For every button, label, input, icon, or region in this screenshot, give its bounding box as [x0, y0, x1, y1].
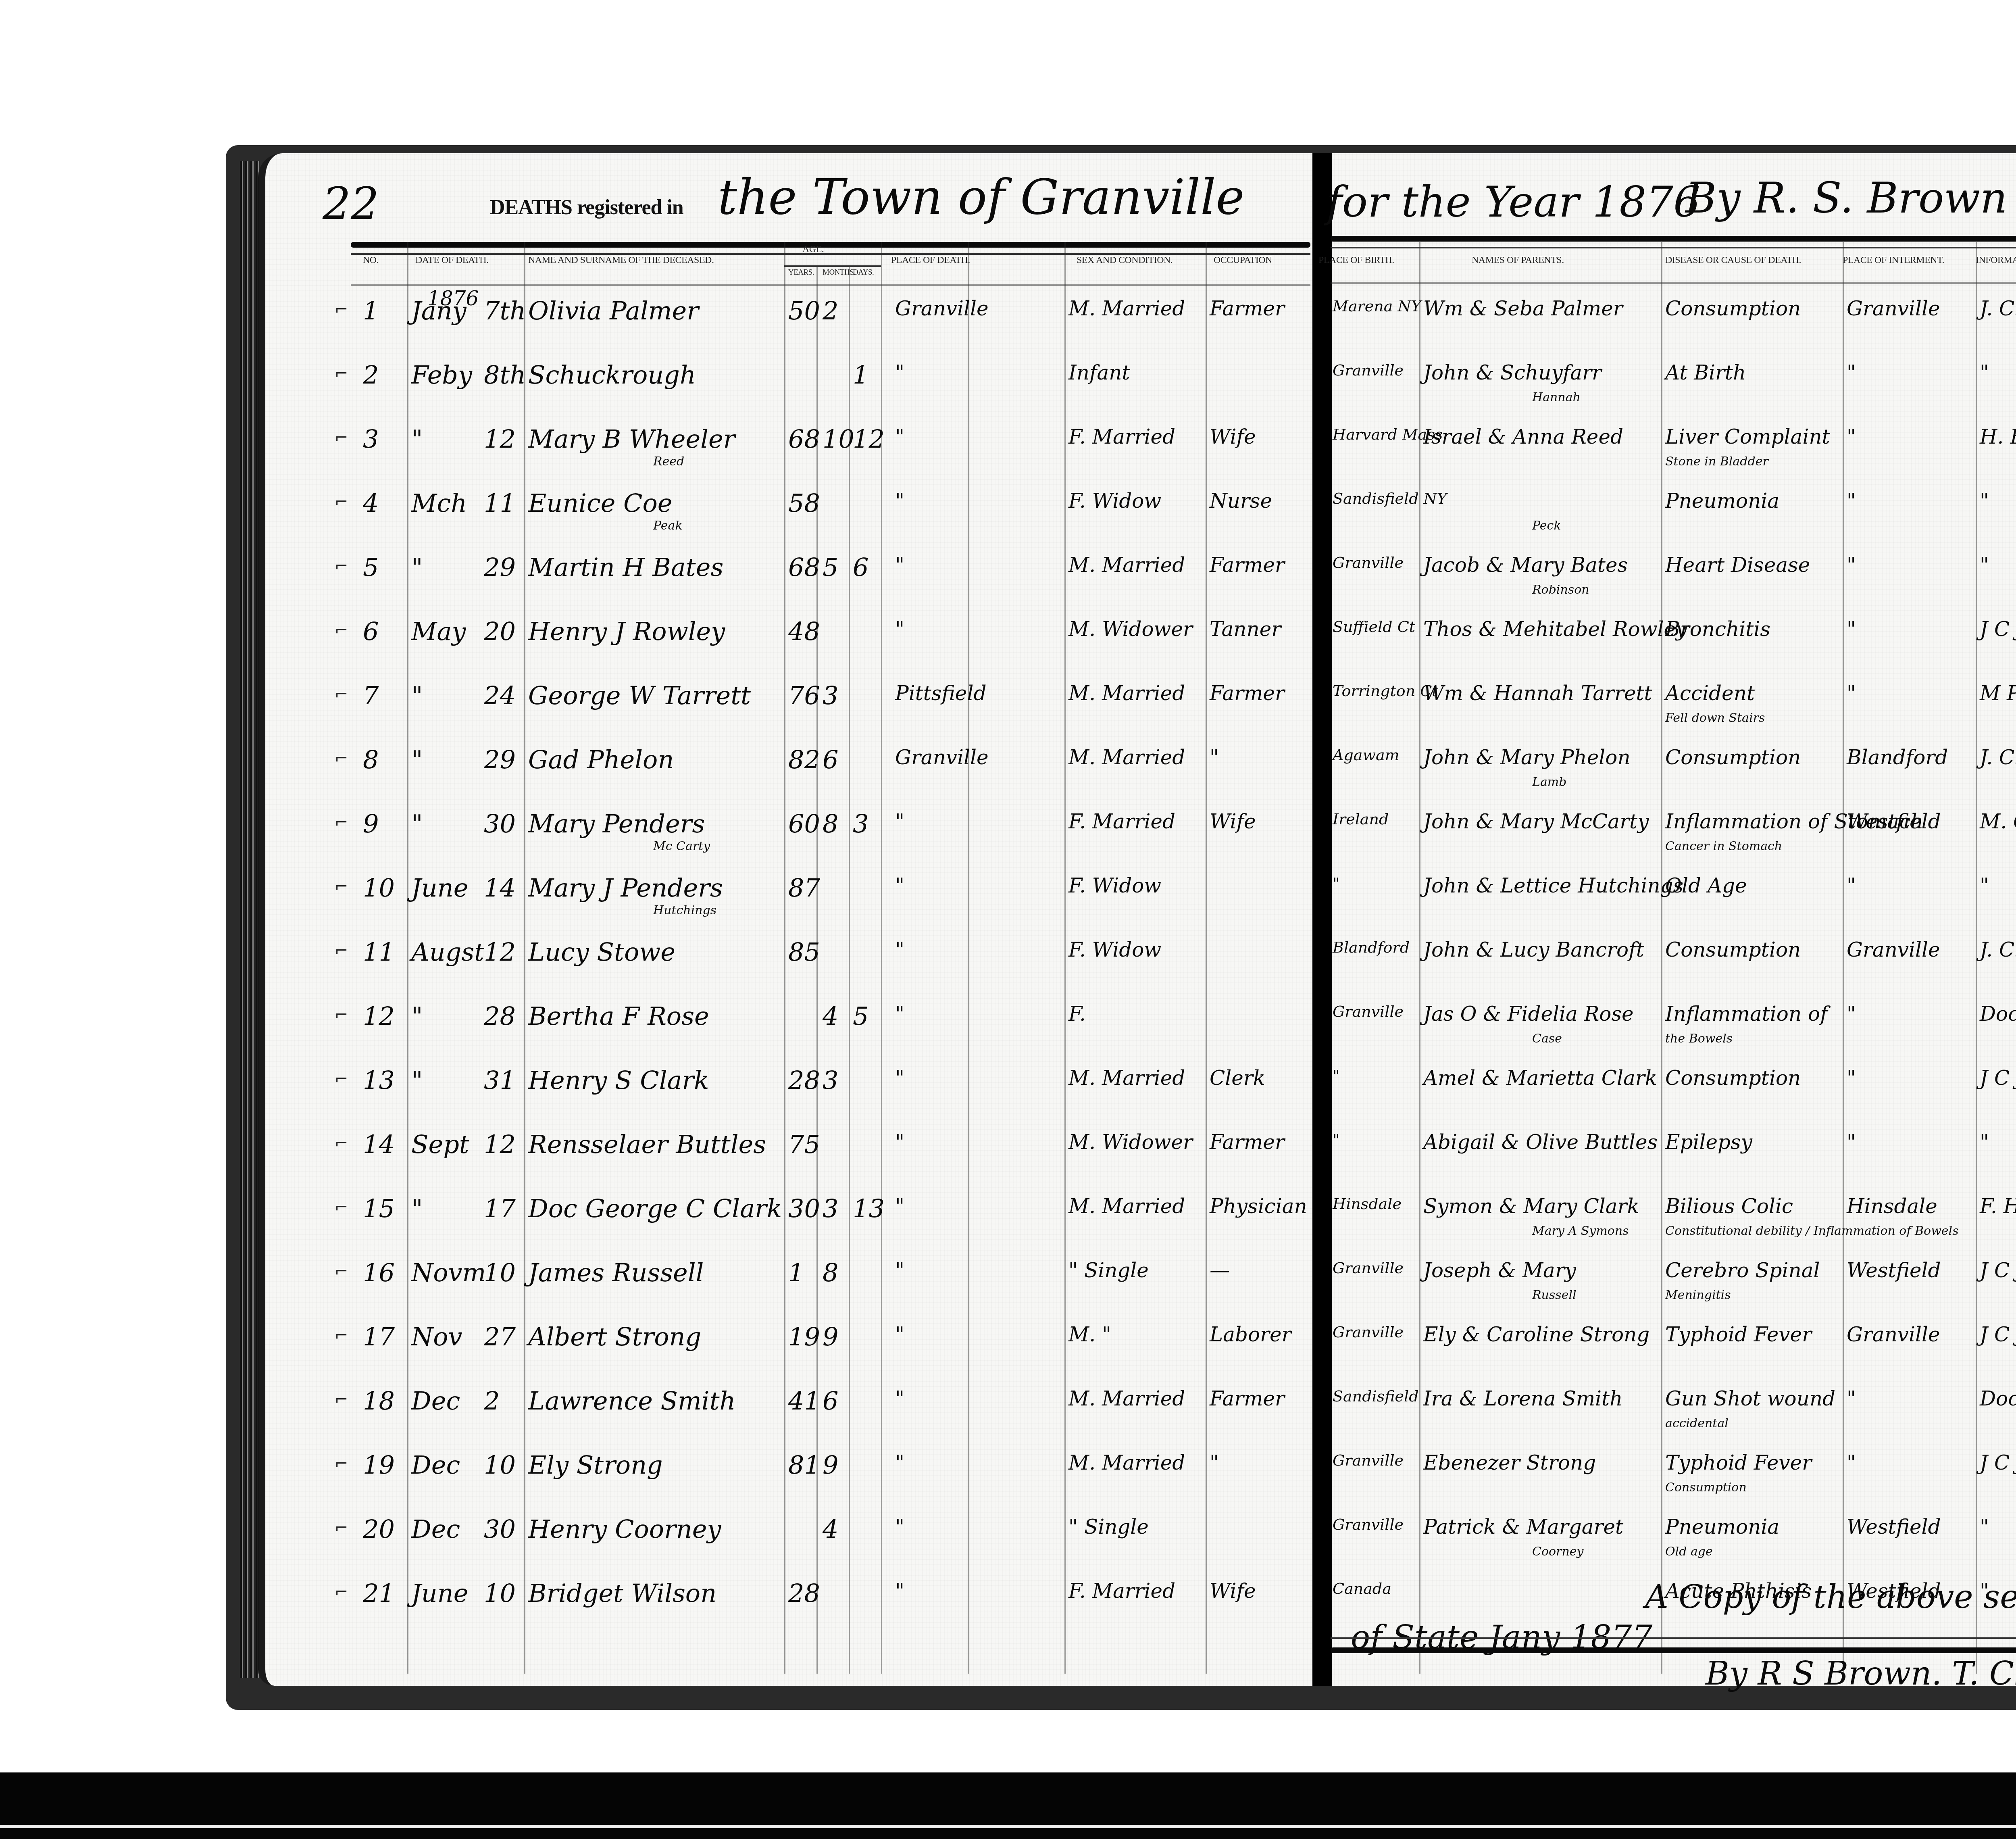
record-day: 31: [484, 1068, 516, 1093]
checkmark-icon: ⌐: [335, 622, 348, 638]
record-place-death: Pittsfield: [895, 683, 986, 703]
record-place-death: ": [895, 1517, 904, 1537]
record-month: Jany: [411, 298, 467, 323]
record-day: 17: [484, 1196, 516, 1221]
record-sex-condition: M. Married: [1068, 1453, 1185, 1473]
record-number: 13: [363, 1068, 395, 1093]
record-place-birth: Granville: [1333, 363, 1404, 378]
checkmark-icon: ⌐: [335, 879, 348, 895]
record-place-birth: ": [1333, 876, 1339, 891]
record-age-years: 28: [788, 1581, 820, 1606]
record-month: Novm: [411, 1260, 486, 1285]
record-sex-condition: F. Married: [1068, 1581, 1175, 1601]
record-day: 10: [484, 1260, 516, 1285]
record-place-birth: Granville: [1333, 1453, 1404, 1468]
record-day: 8th: [484, 363, 526, 388]
record-interment: Hinsdale: [1847, 1196, 1937, 1216]
checkmark-icon: ⌐: [335, 1456, 348, 1472]
record-name: Schuckrough: [528, 363, 696, 388]
record-number: 2: [363, 363, 379, 388]
record-cause-note: Old age: [1665, 1546, 1713, 1558]
record-month: Nov: [411, 1324, 462, 1349]
record-number: 16: [363, 1260, 395, 1285]
record-age-years: 50: [788, 298, 820, 323]
record-interment: ": [1847, 1132, 1856, 1152]
book-spine: [1312, 153, 1332, 1686]
record-day: 14: [484, 876, 516, 901]
col-name: Name and Surname of the Deceased.: [528, 255, 714, 266]
record-number: 12: [363, 1004, 395, 1029]
record-day: 12: [484, 940, 516, 965]
record-month: ": [411, 747, 423, 772]
col-occupation: Occupation: [1214, 255, 1272, 266]
record-month: ": [411, 811, 423, 836]
record-number: 4: [363, 491, 379, 516]
record-age-months: 9: [823, 1453, 838, 1478]
record-cause: Pneumonia: [1665, 491, 1779, 511]
record-parents-note: Case: [1532, 1033, 1562, 1045]
record-place-birth: Granville: [1333, 1004, 1404, 1019]
record-name: Bridget Wilson: [528, 1581, 716, 1606]
record-interment: ": [1847, 1004, 1856, 1024]
record-place-death: ": [895, 876, 904, 896]
col-divider: [1206, 242, 1207, 1674]
record-age-months: 6: [823, 1389, 838, 1414]
record-age-days: 13: [853, 1196, 885, 1221]
record-sex-condition: " Single: [1068, 1517, 1149, 1537]
record-interment: ": [1847, 876, 1856, 896]
record-number: 17: [363, 1324, 395, 1349]
record-informant: ": [1980, 1517, 1989, 1537]
record-place-death: ": [895, 1453, 904, 1473]
record-cause: Consumption: [1665, 1068, 1801, 1088]
record-age-months: 3: [823, 1196, 838, 1221]
record-sex-condition: M. Married: [1068, 298, 1185, 319]
record-day: 27: [484, 1324, 516, 1349]
record-occupation: Farmer: [1210, 683, 1285, 703]
record-name: Henry S Clark: [528, 1068, 709, 1093]
col-no: No.: [363, 255, 379, 266]
checkmark-icon: ⌐: [335, 1584, 348, 1600]
record-parents-note: Robinson: [1532, 584, 1589, 596]
left-page-edges: [240, 161, 260, 1678]
record-month: ": [411, 1004, 423, 1029]
record-place-death: ": [895, 427, 904, 447]
record-place-birth: Suffield Ct: [1333, 619, 1415, 634]
record-parents: Symon & Mary Clark: [1423, 1196, 1639, 1216]
record-cause-note: Meningitis: [1665, 1289, 1731, 1301]
record-age-months: 8: [823, 811, 838, 836]
record-name: Olivia Palmer: [528, 298, 699, 323]
record-informant: H. F. Reef: [1980, 427, 2016, 447]
record-age-days: 12: [853, 427, 885, 452]
record-age-months: 8: [823, 1260, 838, 1285]
col-divider: [1843, 242, 1844, 1674]
record-name-note: Hutchings: [653, 905, 716, 917]
record-sex-condition: M. Married: [1068, 683, 1185, 703]
record-informant: J C Johnson: [1980, 1324, 2016, 1345]
record-occupation: Physician: [1210, 1196, 1307, 1216]
record-number: 9: [363, 811, 379, 836]
age-subhead-rule: [784, 265, 881, 267]
record-age-months: 3: [823, 1068, 838, 1093]
record-month: ": [411, 427, 423, 452]
record-parents: Thos & Mehitabel Rowley: [1423, 619, 1687, 639]
record-place-death: ": [895, 1068, 904, 1088]
record-parents: Wm & Seba Palmer: [1423, 298, 1623, 319]
record-place-death: Granville: [895, 298, 989, 319]
record-name: Bertha F Rose: [528, 1004, 709, 1029]
record-occupation: —: [1210, 1260, 1230, 1280]
col-divider: [784, 242, 785, 1674]
record-cause: Accident: [1665, 683, 1755, 703]
record-age-months: 4: [823, 1517, 838, 1542]
col-divider: [881, 242, 882, 1674]
record-place-birth: Agawam: [1333, 747, 1400, 763]
record-place-death: ": [895, 491, 904, 511]
page-number: 22: [323, 181, 379, 226]
record-informant: J C Johnson: [1980, 1068, 2016, 1088]
record-sex-condition: M. Widower: [1068, 1132, 1193, 1152]
record-day: 24: [484, 683, 516, 708]
record-age-years: 48: [788, 619, 820, 644]
record-day: 12: [484, 1132, 516, 1157]
record-interment: ": [1847, 363, 1856, 383]
record-place-birth: Granville: [1333, 1260, 1404, 1276]
col-place-birth: Place of Birth.: [1318, 255, 1394, 266]
record-cause: Pneumonia: [1665, 1517, 1779, 1537]
record-name: Mary Penders: [528, 811, 705, 836]
record-place-death: Granville: [895, 747, 989, 767]
record-name: Lucy Stowe: [528, 940, 675, 965]
register-title: DEATHS registered in: [490, 196, 683, 219]
record-interment: Westfield: [1847, 811, 1941, 832]
record-name: Henry Coorney: [528, 1517, 721, 1542]
record-number: 21: [363, 1581, 395, 1606]
scan-line-bottom: [0, 1825, 2016, 1828]
col-divider: [1064, 242, 1066, 1674]
record-age-days: 6: [853, 555, 868, 580]
record-occupation: Tanner: [1210, 619, 1281, 639]
record-number: 8: [363, 747, 379, 772]
record-place-death: ": [895, 363, 904, 383]
record-sex-condition: M. ": [1068, 1324, 1111, 1345]
record-cause-note: accidental: [1665, 1418, 1729, 1430]
record-day: 20: [484, 619, 516, 644]
record-occupation: Wife: [1210, 1581, 1256, 1601]
record-day: 30: [484, 811, 516, 836]
record-cause: Epilepsy: [1665, 1132, 1752, 1152]
record-cause-note: Constitutional debility / Inflammation o…: [1665, 1225, 1959, 1237]
record-place-death: ": [895, 1581, 904, 1601]
record-cause: Consumption: [1665, 747, 1801, 767]
record-informant: M P Tarrett: [1980, 683, 2016, 703]
record-age-years: 28: [788, 1068, 820, 1093]
record-informant: ": [1980, 555, 1989, 575]
record-interment: Westfield: [1847, 1260, 1941, 1280]
record-interment: ": [1847, 1453, 1856, 1473]
record-cause: At Birth: [1665, 363, 1746, 383]
record-cause: Heart Disease: [1665, 555, 1810, 575]
record-place-death: ": [895, 1004, 904, 1024]
col-age: Age.: [802, 244, 824, 255]
checkmark-icon: ⌐: [335, 558, 348, 574]
record-place-death: ": [895, 1132, 904, 1152]
checkmark-icon: ⌐: [335, 1135, 348, 1151]
record-place-birth: Granville: [1333, 1324, 1404, 1340]
record-occupation: ": [1210, 747, 1219, 767]
record-place-death: ": [895, 811, 904, 832]
record-interment: ": [1847, 683, 1856, 703]
record-number: 11: [363, 940, 395, 965]
record-name: Lawrence Smith: [528, 1389, 736, 1414]
record-sex-condition: M. Married: [1068, 1196, 1185, 1216]
col-divider: [1976, 242, 1977, 1674]
register-registrar-name: By R. S. Brown: [1685, 173, 2008, 223]
record-informant: J C Johnson: [1980, 1260, 2016, 1280]
record-interment: ": [1847, 555, 1856, 575]
record-day: 7th: [484, 298, 526, 323]
col-divider: [849, 266, 850, 1674]
record-month: ": [411, 1196, 423, 1221]
record-cause: Inflammation of: [1665, 1004, 1828, 1024]
record-month: Sept: [411, 1132, 469, 1157]
record-cause-note: Consumption: [1665, 1482, 1747, 1494]
record-parents-note: Lamb: [1532, 776, 1566, 788]
record-informant: J. C. Johnson: [1980, 940, 2016, 960]
record-place-death: ": [895, 1324, 904, 1345]
record-parents: Ira & Lorena Smith: [1423, 1389, 1622, 1409]
record-day: 11: [484, 491, 516, 516]
record-place-birth: Marena NY: [1333, 298, 1421, 314]
record-interment: ": [1847, 1389, 1856, 1409]
record-occupation: Nurse: [1210, 491, 1272, 511]
record-parents-note: Russell: [1532, 1289, 1577, 1301]
record-place-death: ": [895, 1260, 904, 1280]
scan-margin-top: [0, 0, 2016, 60]
checkmark-icon: ⌐: [335, 1392, 348, 1408]
record-sex-condition: M. Married: [1068, 747, 1185, 767]
record-cause: Gun Shot wound: [1665, 1389, 1835, 1409]
record-number: 14: [363, 1132, 395, 1157]
record-interment: Blandford: [1847, 747, 1948, 767]
record-parents: Israel & Anna Reed: [1423, 427, 1623, 447]
record-informant: ": [1980, 491, 1989, 511]
record-name: Rensselaer Buttles: [528, 1132, 766, 1157]
record-occupation: Farmer: [1210, 555, 1285, 575]
record-parents: Abigail & Olive Buttles: [1423, 1132, 1658, 1152]
checkmark-icon: ⌐: [335, 686, 348, 703]
record-name: James Russell: [528, 1260, 704, 1285]
col-years: Years.: [788, 268, 814, 277]
record-age-years: 81: [788, 1453, 820, 1478]
record-place-birth: Granville: [1333, 1517, 1404, 1532]
record-occupation: Laborer: [1210, 1324, 1291, 1345]
record-month: May: [411, 619, 466, 644]
record-parents-note: Peck: [1532, 520, 1561, 532]
record-occupation: Wife: [1210, 811, 1256, 832]
record-day: 12: [484, 427, 516, 452]
record-age-years: 41: [788, 1389, 820, 1414]
record-name-note: Peak: [653, 520, 683, 532]
footer-rule: [1331, 1647, 2016, 1653]
record-informant: Doc Bowen: [1980, 1004, 2016, 1024]
record-month: ": [411, 555, 423, 580]
record-name-note: Mc Carty: [653, 840, 710, 853]
checkmark-icon: ⌐: [335, 1199, 348, 1216]
checkmark-icon: ⌐: [335, 366, 348, 382]
record-age-years: 87: [788, 876, 820, 901]
record-occupation: Wife: [1210, 427, 1256, 447]
record-month: Augst: [411, 940, 484, 965]
record-age-years: 75: [788, 1132, 820, 1157]
col-parents: Names of Parents.: [1472, 255, 1564, 266]
record-age-years: 82: [788, 747, 820, 772]
record-informant: ": [1980, 1132, 1989, 1152]
record-age-days: 3: [853, 811, 868, 836]
header-rule-left: [351, 242, 1310, 248]
record-age-months: 10: [823, 427, 854, 452]
checkmark-icon: ⌐: [335, 1520, 348, 1536]
record-month: Mch: [411, 491, 467, 516]
record-occupation: Farmer: [1210, 298, 1285, 319]
record-parents: Wm & Hannah Tarrett: [1423, 683, 1652, 703]
record-day: 10: [484, 1453, 516, 1478]
record-number: 3: [363, 427, 379, 452]
register-town: the Town of Granville: [718, 169, 1245, 225]
checkmark-icon: ⌐: [335, 1264, 348, 1280]
record-place-death: ": [895, 619, 904, 639]
record-interment: Granville: [1847, 940, 1940, 960]
record-age-years: 76: [788, 683, 820, 708]
record-day: 29: [484, 747, 516, 772]
record-name: Gad Phelon: [528, 747, 674, 772]
record-sex-condition: F. Married: [1068, 811, 1175, 832]
record-name: Henry J Rowley: [528, 619, 725, 644]
record-place-birth: Sandisfield: [1333, 1389, 1418, 1404]
footer-signature: By R S Brown. T. Clark: [1706, 1658, 2016, 1690]
record-sex-condition: F. Widow: [1068, 876, 1161, 896]
record-place-birth: Torrington Ct: [1333, 683, 1438, 698]
record-month: June: [411, 1581, 468, 1606]
checkmark-icon: ⌐: [335, 1328, 348, 1344]
record-day: 10: [484, 1581, 516, 1606]
record-sex-condition: M. Married: [1068, 1389, 1185, 1409]
record-month: Dec: [411, 1453, 460, 1478]
record-number: 19: [363, 1453, 395, 1478]
record-parents: Joseph & Mary: [1423, 1260, 1576, 1280]
record-name: Eunice Coe: [528, 491, 673, 516]
record-age-years: 68: [788, 555, 820, 580]
header-rule-right-thin: [1331, 247, 2016, 248]
record-cause: Cerebro Spinal: [1665, 1260, 1820, 1280]
record-age-months: 2: [823, 298, 838, 323]
record-parents: John & Mary McCarty: [1423, 811, 1649, 832]
record-age-years: 1: [788, 1260, 804, 1285]
record-day: 2: [484, 1389, 500, 1414]
record-age-days: 1: [853, 363, 868, 388]
col-divider: [1661, 242, 1662, 1674]
record-age-years: 19: [788, 1324, 820, 1349]
record-sex-condition: F. Widow: [1068, 491, 1161, 511]
record-name-note: Reed: [653, 456, 684, 468]
col-divider: [968, 242, 969, 1674]
record-informant: J C Johnson: [1980, 1453, 2016, 1473]
record-sex-condition: M. Widower: [1068, 619, 1193, 639]
record-month: Feby: [411, 363, 472, 388]
record-age-days: 5: [853, 1004, 868, 1029]
record-month: Dec: [411, 1517, 460, 1542]
record-place-birth: ": [1333, 1068, 1339, 1083]
checkmark-icon: ⌐: [335, 1071, 348, 1087]
record-place-death: ": [895, 1196, 904, 1216]
record-place-death: ": [895, 940, 904, 960]
record-month: ": [411, 1068, 423, 1093]
checkmark-icon: ⌐: [335, 1007, 348, 1023]
record-interment: Granville: [1847, 1324, 1940, 1345]
record-name: Doc George C Clark: [528, 1196, 782, 1221]
header-bottom-rule: [1331, 282, 2016, 284]
record-informant: Doc Stevens: [1980, 1389, 2016, 1409]
record-informant: M. C. Penders: [1980, 811, 2016, 832]
record-age-months: 9: [823, 1324, 838, 1349]
record-parents-note: Mary A Symons: [1532, 1225, 1629, 1237]
record-place-birth: Granville: [1333, 555, 1404, 570]
checkmark-icon: ⌐: [335, 751, 348, 767]
record-age-years: 85: [788, 940, 820, 965]
record-place-birth: Ireland: [1333, 811, 1389, 827]
record-number: 7: [363, 683, 379, 708]
record-occupation: ": [1210, 1453, 1219, 1473]
record-number: 5: [363, 555, 379, 580]
col-days: Days.: [853, 268, 874, 277]
record-sex-condition: M. Married: [1068, 555, 1185, 575]
record-place-birth: Sandisfield NY: [1333, 491, 1447, 506]
record-cause: Bronchitis: [1665, 619, 1770, 639]
record-sex-condition: F. Married: [1068, 427, 1175, 447]
record-informant: F. H. Reef: [1980, 1196, 2016, 1216]
record-name: Albert Strong: [528, 1324, 701, 1349]
record-occupation: Farmer: [1210, 1389, 1285, 1409]
record-age-years: 30: [788, 1196, 820, 1221]
record-place-birth: Blandford: [1333, 940, 1410, 955]
checkmark-icon: ⌐: [335, 302, 348, 318]
record-month: June: [411, 876, 468, 901]
checkmark-icon: ⌐: [335, 494, 348, 510]
scan-margin-left: [0, 0, 16, 1839]
record-parents: John & Mary Phelon: [1423, 747, 1631, 767]
record-occupation: Clerk: [1210, 1068, 1265, 1088]
record-informant: ": [1980, 363, 1989, 383]
record-sex-condition: M. Married: [1068, 1068, 1185, 1088]
record-number: 1: [363, 298, 379, 323]
record-occupation: Farmer: [1210, 1132, 1285, 1152]
record-interment: ": [1847, 491, 1856, 511]
record-name: Martin H Bates: [528, 555, 723, 580]
record-interment: ": [1847, 619, 1856, 639]
record-number: 20: [363, 1517, 395, 1542]
record-day: 28: [484, 1004, 516, 1029]
record-interment: ": [1847, 1068, 1856, 1088]
record-parents: Jas O & Fidelia Rose: [1423, 1004, 1634, 1024]
header-rule-right: [1331, 236, 2016, 242]
record-sex-condition: F. Widow: [1068, 940, 1161, 960]
record-parents: Amel & Marietta Clark: [1423, 1068, 1657, 1088]
record-cause: Typhoid Fever: [1665, 1324, 1812, 1345]
record-parents: John & Lucy Bancroft: [1423, 940, 1644, 960]
record-day: 30: [484, 1517, 516, 1542]
record-number: 6: [363, 619, 379, 644]
